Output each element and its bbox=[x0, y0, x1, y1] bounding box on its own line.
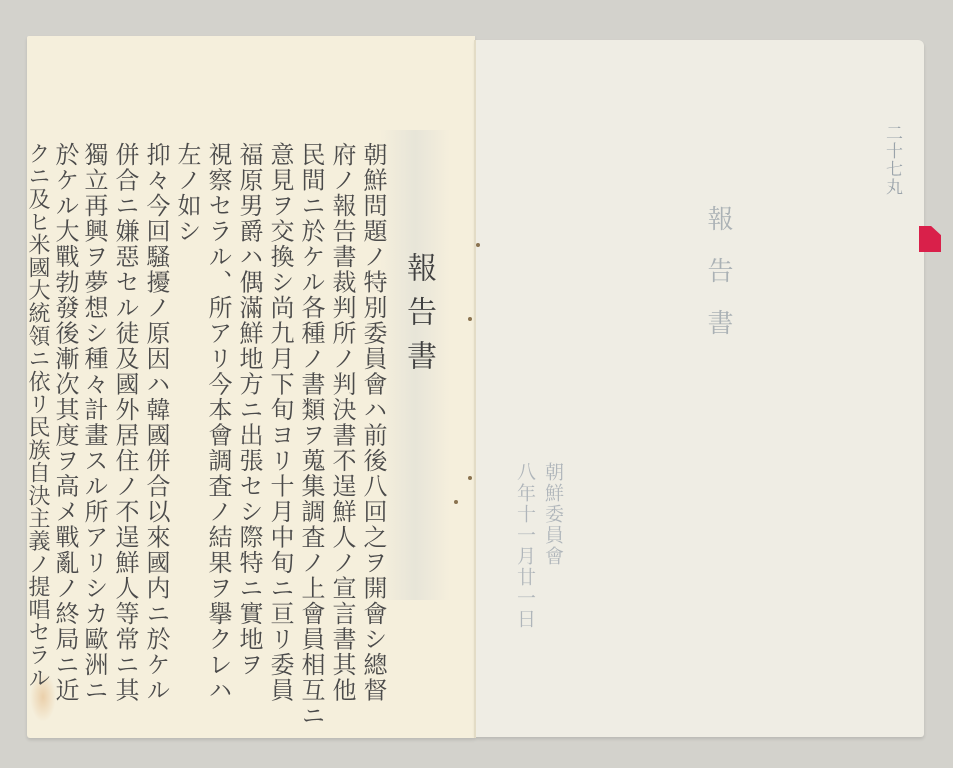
text-column: 福原男爵ハ偶滿鮮地方ニ出張セシ際特ニ實地ヲ bbox=[236, 142, 262, 678]
text-column: 視察セラル、所アリ今本會調査ノ結果ヲ擧クレハ bbox=[205, 142, 231, 703]
text-column: 左ノ如シ bbox=[174, 142, 200, 244]
binding-hole bbox=[468, 317, 472, 321]
right-page bbox=[475, 40, 924, 737]
text-column: 併合ニ嫌惡セル徒及國外居住ノ不逞鮮人等常ニ其 bbox=[112, 142, 138, 703]
stamp-line: 八年十一月廿一日 bbox=[512, 462, 539, 630]
binding-hole bbox=[468, 476, 472, 480]
binding-hole bbox=[454, 500, 458, 504]
text-column: 抑々今回騷擾ノ原因ハ韓國併合以來國内ニ於ケル bbox=[143, 142, 169, 703]
text-column: 民間ニ於ケル各種ノ書類ヲ蒐集調査ノ上會員相互ニ bbox=[298, 142, 324, 729]
text-column: 意見ヲ交換シ尚九月下旬ヨリ十月中旬ニ亘リ委員 bbox=[267, 142, 293, 703]
text-column: クニ及ヒ米國大統領ニ依リ民族自決主義ノ提唱セラル bbox=[24, 142, 50, 689]
text-column: 獨立再興ヲ夢想シ種々計畫スル所アリシカ歐洲ニ bbox=[81, 142, 107, 703]
red-tab-marker bbox=[919, 226, 941, 252]
document-title: 報告書 bbox=[396, 252, 440, 384]
text-column: 朝鮮問題ノ特別委員會ハ前後八回之ヲ開會シ總督 bbox=[360, 142, 386, 703]
stamp-line: 朝鮮委員會 bbox=[540, 462, 567, 567]
text-column: 府ノ報告書裁判所ノ判決書不逞鮮人ノ宣言書其他 bbox=[329, 142, 355, 703]
binding-hole bbox=[476, 243, 480, 247]
book-gutter bbox=[474, 40, 476, 738]
text-column: 於ケル大戰勃發後漸次其度ヲ高メ戰亂ノ終局ニ近 bbox=[52, 142, 78, 703]
page-number: 二十七丸 bbox=[880, 124, 905, 196]
right-page-title: 報告書 bbox=[700, 205, 737, 361]
